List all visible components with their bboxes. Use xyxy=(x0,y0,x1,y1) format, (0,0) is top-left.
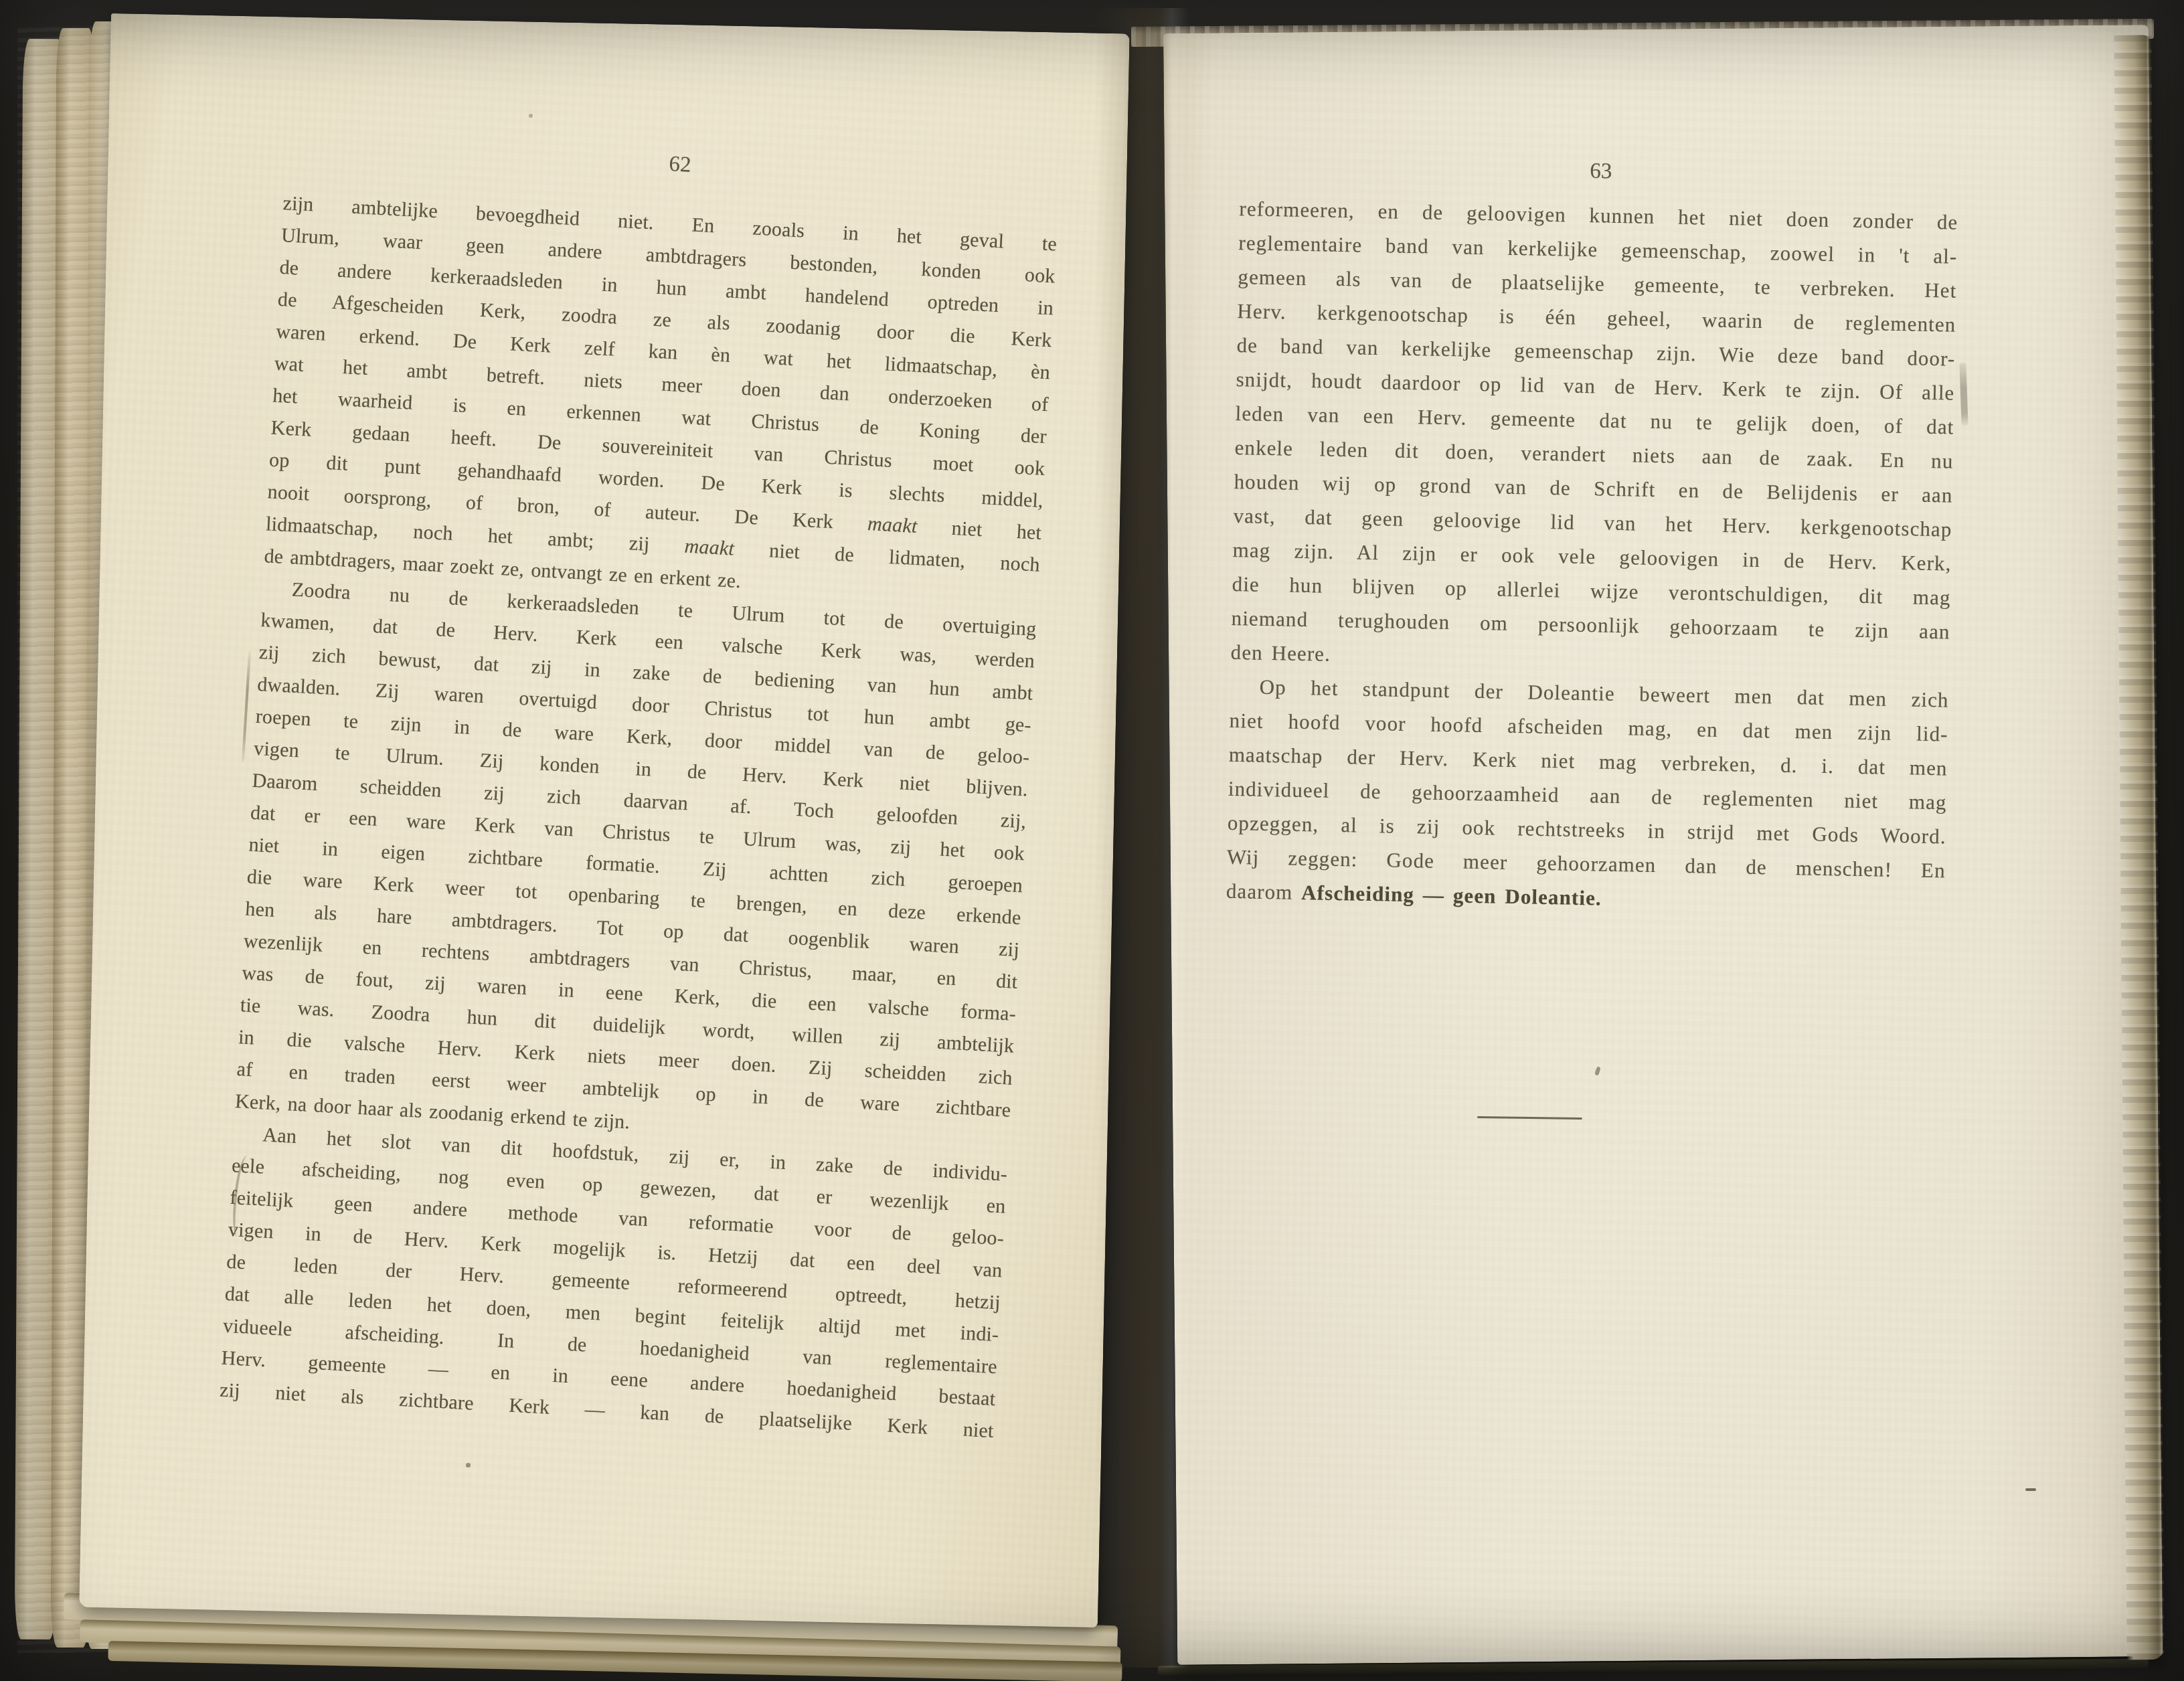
paper-speck xyxy=(529,114,533,118)
left-page-text: zijn ambtelijke bevoegdheid niet. En zoo… xyxy=(219,187,1058,1447)
left-page-number: 62 xyxy=(646,151,714,179)
right-page-text: reformeeren, en de geloovigen kunnen het… xyxy=(1226,191,1958,921)
book-scan-scene: 62 63 zijn ambtelijke bevoegdheid niet. … xyxy=(0,0,2184,1681)
right-page-number: 63 xyxy=(1568,159,1635,184)
paper-speck xyxy=(466,1463,471,1468)
paper-speck xyxy=(2025,1488,2036,1491)
